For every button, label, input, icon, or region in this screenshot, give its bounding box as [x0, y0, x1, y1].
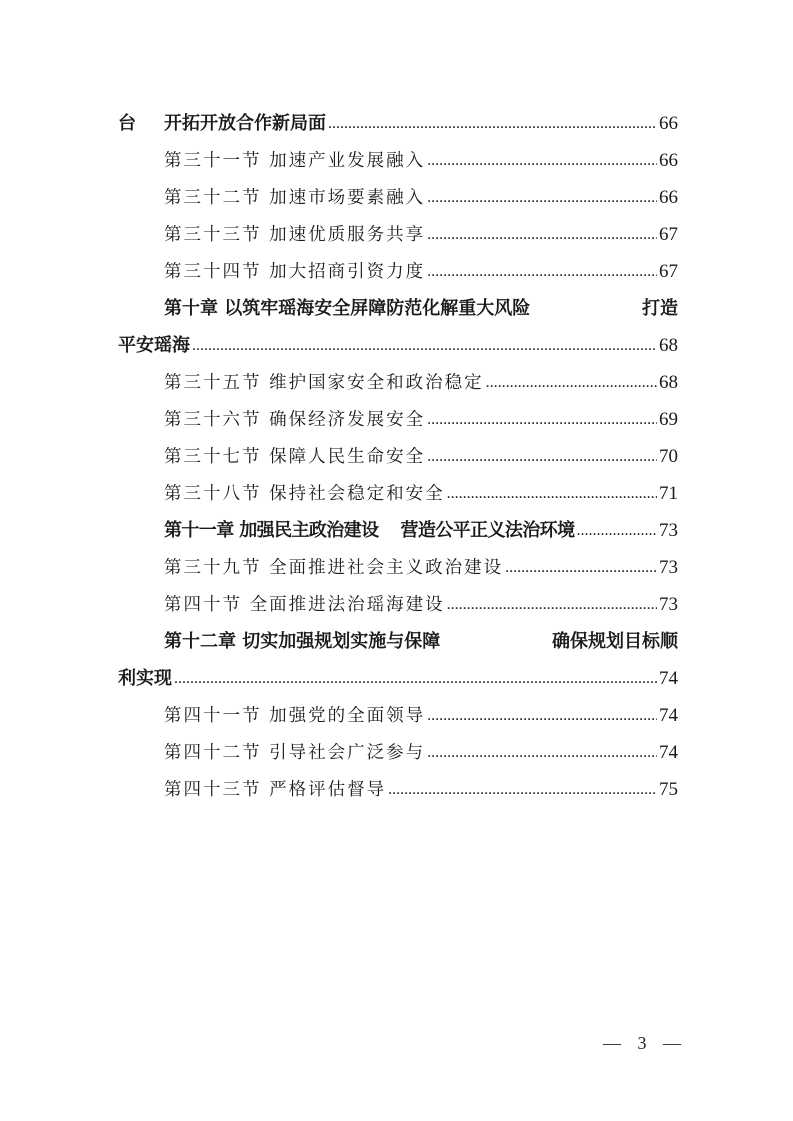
toc-entry-label: 第十章 以筑牢瑶海安全屏障防范化解重大风险: [164, 298, 642, 320]
toc-chapter-10-line1[interactable]: 第十章 以筑牢瑶海安全屏障防范化解重大风险 打造: [118, 283, 678, 320]
toc-section-42[interactable]: 第四十二节 引导社会广泛参与 74: [118, 727, 678, 764]
toc-entry-label: 第十一章 加强民主政治建设营造公平正义法治环境: [164, 520, 574, 542]
toc-section-39[interactable]: 第三十九节 全面推进社会主义政治建设 73: [118, 542, 678, 579]
toc-entry-label: 第三十五节 维护国家安全和政治稳定: [164, 372, 484, 394]
toc-entry-label: 第三十八节 保持社会稳定和安全: [164, 483, 445, 505]
leader-dots: [328, 113, 657, 135]
toc-entry-label-tail: 打造: [642, 298, 678, 320]
leader-dots: [427, 446, 657, 468]
leader-dots: [486, 372, 657, 394]
leader-dots: [427, 705, 657, 727]
toc-page-number: 68: [659, 335, 678, 357]
toc-entry-label: 第三十一节 加速产业发展融入: [164, 150, 425, 172]
toc-chapter-10-line2[interactable]: 平安瑶海 68: [118, 320, 678, 357]
toc-page-number: 74: [659, 705, 678, 727]
toc-entry-label-tail: 确保规划目标顺: [552, 631, 678, 653]
toc-entry-label: 第三十三节 加速优质服务共享: [164, 224, 425, 246]
table-of-contents: 台开拓开放合作新局面 66 第三十一节 加速产业发展融入 66 第三十二节 加速…: [118, 98, 678, 801]
toc-section-36[interactable]: 第三十六节 确保经济发展安全 69: [118, 394, 678, 431]
toc-entry-label: 第四十二节 引导社会广泛参与: [164, 742, 425, 764]
toc-entry-label: 利实现: [118, 668, 172, 690]
toc-chapter-12-line1[interactable]: 第十二章 切实加强规划实施与保障 确保规划目标顺: [118, 616, 678, 653]
toc-section-38[interactable]: 第三十八节 保持社会稳定和安全 71: [118, 468, 678, 505]
toc-page-number: 70: [659, 446, 678, 468]
toc-entry-label: 第三十二节 加速市场要素融入: [164, 187, 425, 209]
toc-entry-label: 第三十六节 确保经济发展安全: [164, 409, 425, 431]
toc-page-number: 69: [659, 409, 678, 431]
toc-entry-label: 第三十九节 全面推进社会主义政治建设: [164, 557, 503, 579]
leader-dots: [427, 409, 657, 431]
toc-section-40[interactable]: 第四十节 全面推进法治瑶海建设 73: [118, 579, 678, 616]
toc-chapter-12-line2[interactable]: 利实现 74: [118, 653, 678, 690]
toc-page-number: 75: [659, 779, 678, 801]
leader-dots: [447, 594, 657, 616]
toc-entry-label: 台开拓开放合作新局面: [118, 113, 326, 135]
leader-dots: [427, 187, 657, 209]
toc-page-number: 74: [659, 668, 678, 690]
toc-page-number: 66: [659, 187, 678, 209]
toc-entry-label: 平安瑶海: [118, 335, 190, 357]
leader-dots: [427, 224, 657, 246]
leader-dots: [447, 483, 657, 505]
leader-dots: [388, 779, 657, 801]
toc-page-number: 74: [659, 742, 678, 764]
toc-entry-label: 第四十一节 加强党的全面领导: [164, 705, 425, 727]
toc-page-number: 66: [659, 150, 678, 172]
toc-page-number: 73: [659, 520, 678, 542]
toc-section-34[interactable]: 第三十四节 加大招商引资力度 67: [118, 246, 678, 283]
toc-entry-label: 第十二章 切实加强规划实施与保障: [164, 631, 552, 653]
toc-entry-label: 第三十四节 加大招商引资力度: [164, 261, 425, 283]
toc-section-37[interactable]: 第三十七节 保障人民生命安全 70: [118, 431, 678, 468]
toc-chapter-9-continuation[interactable]: 台开拓开放合作新局面 66: [118, 98, 678, 135]
toc-page-number: 66: [659, 113, 678, 135]
toc-page-number: 73: [659, 594, 678, 616]
toc-page-number: 67: [659, 224, 678, 246]
leader-dots: [192, 335, 657, 357]
page-footer-number: — 3 —: [603, 1033, 687, 1054]
leader-dots: [505, 557, 657, 579]
leader-dots: [427, 150, 657, 172]
toc-section-33[interactable]: 第三十三节 加速优质服务共享 67: [118, 209, 678, 246]
toc-page-number: 68: [659, 372, 678, 394]
toc-entry-label: 第四十节 全面推进法治瑶海建设: [164, 594, 445, 616]
toc-entry-label: 第三十七节 保障人民生命安全: [164, 446, 425, 468]
toc-section-31[interactable]: 第三十一节 加速产业发展融入 66: [118, 135, 678, 172]
leader-dots: [427, 742, 657, 764]
toc-page-number: 71: [659, 483, 678, 505]
toc-page-number: 73: [659, 557, 678, 579]
toc-section-35[interactable]: 第三十五节 维护国家安全和政治稳定 68: [118, 357, 678, 394]
leader-dots: [174, 668, 657, 690]
toc-section-43[interactable]: 第四十三节 严格评估督导 75: [118, 764, 678, 801]
leader-dots: [576, 520, 657, 542]
toc-section-32[interactable]: 第三十二节 加速市场要素融入 66: [118, 172, 678, 209]
toc-section-41[interactable]: 第四十一节 加强党的全面领导 74: [118, 690, 678, 727]
toc-entry-label: 第四十三节 严格评估督导: [164, 779, 386, 801]
leader-dots: [427, 261, 657, 283]
toc-chapter-11[interactable]: 第十一章 加强民主政治建设营造公平正义法治环境 73: [118, 505, 678, 542]
toc-page-number: 67: [659, 261, 678, 283]
